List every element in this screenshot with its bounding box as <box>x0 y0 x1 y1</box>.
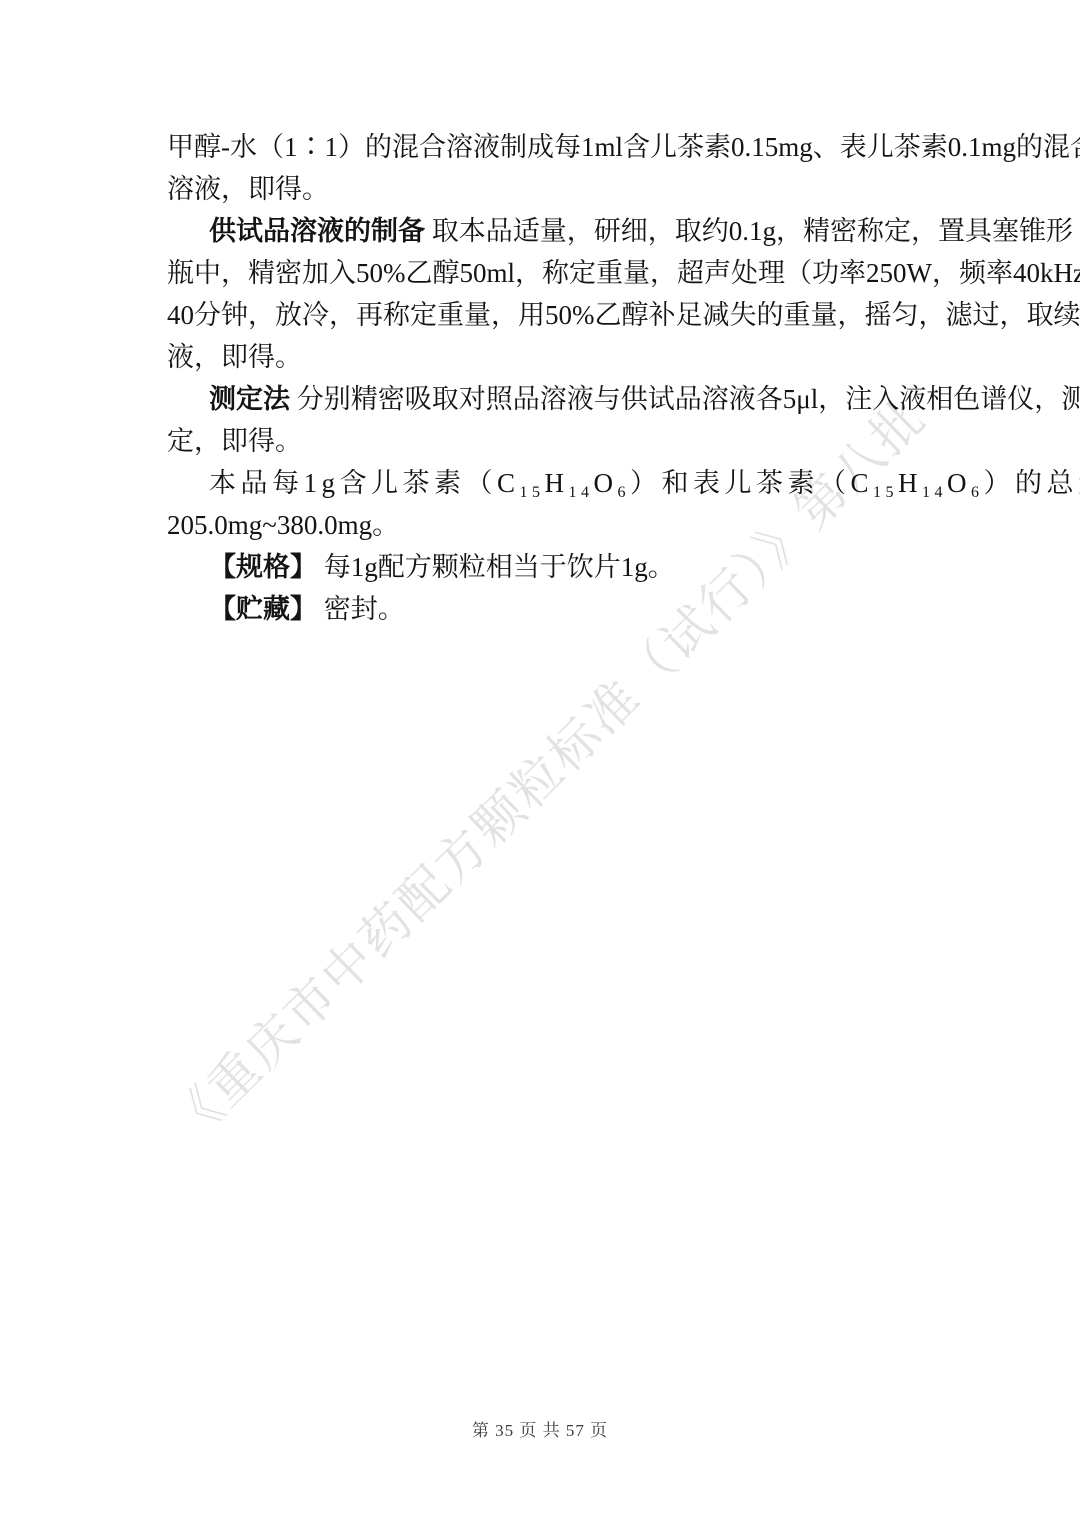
subscript-segment: 6 <box>971 484 984 501</box>
text-segment: 溶液，即得。 <box>167 174 329 204</box>
text-segment: 40分钟，放冷，再称定重量，用50%乙醇补足减失的重量，摇匀，滤过，取续滤 <box>167 300 1080 330</box>
text-segment: 甲醇-水（1∶1）的混合溶液制成每1ml含儿茶素0.15mg、表儿茶素0.1mg… <box>167 132 1080 162</box>
text-segment: 定，即得。 <box>167 426 302 456</box>
text-segment: 取本品适量，研细，取约0.1g，精密称定，置具塞锥形 <box>425 216 1073 246</box>
subscript-segment: 6 <box>618 484 631 501</box>
text-segment: H <box>545 468 569 498</box>
text-line-3: 供试品溶液的制备 取本品适量，研细，取约0.1g，精密称定，置具塞锥形 <box>167 210 923 252</box>
text-line-11: 【规格】 每1g配方颗粒相当于饮片1g。 <box>167 546 923 588</box>
text-line-10: 205.0mg~380.0mg。 <box>167 504 923 546</box>
text-segment: H <box>898 468 922 498</box>
text-line-8: 定，即得。 <box>167 420 923 462</box>
bold-text-segment: 供试品溶液的制备 <box>209 216 425 246</box>
document-body: 甲醇-水（1∶1）的混合溶液制成每1ml含儿茶素0.15mg、表儿茶素0.1mg… <box>167 126 923 630</box>
subscript-segment: 15 <box>520 484 545 501</box>
subscript-segment: 15 <box>873 484 898 501</box>
text-segment: 密封。 <box>317 594 405 624</box>
text-segment: ）和表儿茶素（C <box>630 468 873 498</box>
text-line-2: 溶液，即得。 <box>167 168 923 210</box>
text-segment: 液，即得。 <box>167 342 302 372</box>
text-segment: O <box>947 468 971 498</box>
bold-text-segment: 【规格】 <box>209 552 317 582</box>
text-segment: 205.0mg~380.0mg。 <box>167 510 399 540</box>
subscript-segment: 14 <box>922 484 947 501</box>
text-line-7: 测定法 分别精密吸取对照品溶液与供试品溶液各5μl，注入液相色谱仪，测 <box>167 378 923 420</box>
text-line-12: 【贮藏】 密封。 <box>167 588 923 630</box>
text-segment: O <box>594 468 618 498</box>
text-line-6: 液，即得。 <box>167 336 923 378</box>
text-segment: ）的总量应为 <box>984 468 1080 498</box>
text-segment: 本品每1g含儿茶素（C <box>209 468 520 498</box>
text-segment: 每1g配方颗粒相当于饮片1g。 <box>317 552 675 582</box>
document-page: 《重庆市中药配方颗粒标准（试行）》第八批 甲醇-水（1∶1）的混合溶液制成每1m… <box>0 0 1080 1530</box>
text-line-5: 40分钟，放冷，再称定重量，用50%乙醇补足减失的重量，摇匀，滤过，取续滤 <box>167 294 923 336</box>
text-line-1: 甲醇-水（1∶1）的混合溶液制成每1ml含儿茶素0.15mg、表儿茶素0.1mg… <box>167 126 923 168</box>
text-segment: 分别精密吸取对照品溶液与供试品溶液各5μl，注入液相色谱仪，测 <box>290 384 1080 414</box>
bold-text-segment: 测定法 <box>209 384 290 414</box>
text-line-4: 瓶中，精密加入50%乙醇50ml，称定重量，超声处理（功率250W，频率40kH… <box>167 252 923 294</box>
text-line-9: 本品每1g含儿茶素（C15H14O6）和表儿茶素（C15H14O6）的总量应为 <box>167 462 923 504</box>
subscript-segment: 14 <box>569 484 594 501</box>
text-segment: 瓶中，精密加入50%乙醇50ml，称定重量，超声处理（功率250W，频率40kH… <box>167 258 1080 288</box>
bold-text-segment: 【贮藏】 <box>209 594 317 624</box>
page-number-footer: 第 35 页 共 57 页 <box>0 1416 1080 1441</box>
